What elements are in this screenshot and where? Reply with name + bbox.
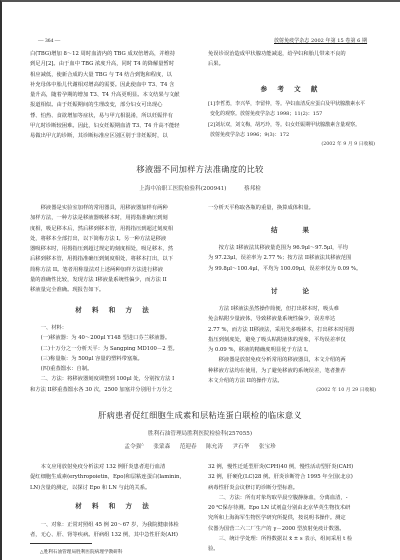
references-heading: 参 考 文 献 (208, 84, 374, 93)
text-line: 简称方法 II。笔者用称量法对上述两种加样方法进行移液 (30, 265, 198, 275)
article1-intro: 移液器是实验室加样的常用器具，用移液器加样有两种 加样方法，一种方法是移液器吸移… (30, 203, 198, 296)
text-line: 验。 (208, 544, 378, 554)
author-list: 孟令强△ 张蒙森 范迎春 陈允涛 尹石华 张宝珍 (0, 442, 400, 450)
text-line: 本文应用放射免疫分析法对 132 例肝炎患者进行血清 (30, 462, 198, 472)
article1-right-top: 一分析天平称取各瓶的重量，换算成体积量。 (208, 203, 376, 213)
article1-discussion: 方法 I移液法虽然操作简便，但打出移本时，吸头难 免会粘附少量液体，导致移液量系… (208, 304, 378, 386)
text-line: 度相，吸足移本后，然后移到移本管，用拇指压到超过刻度相 (30, 224, 198, 234)
text-line: 32 例，慢性迁延型肝炎(CPH)40 例，慢性活动型肝炎(CAH) (208, 462, 378, 472)
text-line: LN)含量的测定，以探讨 Epo 和 LN 与此的关系。 (30, 483, 198, 493)
text-line: 方法 I移液法虽然操作简便，但打出移本时，吸头难 (208, 304, 378, 314)
footnote: △胜利石油管理局胜利医院病理学教研科 (40, 549, 123, 556)
text-line: (一)移液器：为 40～200μl Y148 型进口芬兰移液器。 (30, 333, 200, 343)
article-title: 移液器不同加样方法准确度的比较 (0, 164, 400, 175)
text-line: 促红细胞生成素(erythropoietin，Epo)和层粘连蛋白(lamini… (30, 472, 198, 482)
text-line: 二、方法：所有对象均取早晨空腹静脉血，分离血清，- (208, 493, 378, 503)
author: 张宝珍 (259, 444, 276, 450)
author: 蔡邦检 (244, 186, 261, 192)
text-line: 三、统计学处理：所得数据以 x̄ ± s 表示，组间采用 t 检 (208, 534, 378, 544)
text-line: 免会粘附少量液体，导致移液量系统性偏少，误差率达 (208, 314, 378, 324)
author: 尹石华 (232, 444, 249, 450)
text-line: 为 97.23μl，误差率为 2.77 %；按方法 II移液法其移液范围 (208, 253, 378, 263)
article2-methods-right: 32 例，慢性迁延型肝炎(CPH)40 例，慢性活动型肝炎(CAH) 32 例，… (208, 462, 378, 555)
author: 张蒙森 (153, 444, 170, 450)
text-line: 为 0.09 %，移液的精确度明显优于方法 I。 (208, 345, 378, 355)
affiliation: 上海中冶职工医院检验科(200941) (139, 186, 226, 192)
text-line: 移液器是放射免疫分析常用的移液器具，本文介绍的两 (208, 355, 378, 365)
received-date: (2002 年 10 月 29 日收稿) (280, 386, 376, 393)
prev-article-right-column: 免误诊误治造成甲状腺功能减退，给孕妇和胎儿带来不良的 后果。 (208, 49, 374, 70)
article1-results: 按方法 I移液法其移液量范围为 96.9μl～97.5μl，平均 为 97.23… (208, 243, 378, 274)
page-number: — 364 — (38, 36, 60, 46)
text-line: 量的准确性比较，发现方法 I移液量系统性偏少，而方法 II (30, 275, 198, 285)
text-line: 处，将移本全部打出，以下简称方法 I。另一种方法是移液 (30, 234, 198, 244)
text-line: 2.77 %，而方法 II移液法，采用先多吸移本，打出移本时用拇 (208, 325, 378, 335)
reference-item: [1]李哲勇，李兴华，李留仲，等。孕妇血清反应蛋白及甲状腺激素水平 (208, 99, 378, 109)
text-line: 量升高，随着孕期的增加 T3、T4 升高更明显。本文结果与文献 (30, 90, 196, 100)
text-line: 究所和上海海军生物医学研究所提供，按说明书操作。测定 (208, 513, 378, 523)
text-line: 和方法 II移重蒸馏水各 30 次，2500 加塞并分别用十万分之 (30, 385, 200, 395)
discussion-heading: 讨 论 (208, 286, 376, 295)
running-head: 放射免疫学杂志 2002 年第 15 卷第 6 期 (274, 36, 367, 46)
text-line: 按方法 I移液法其移液量范围为 96.9μl～97.5μl，平均 (208, 243, 378, 253)
text-line: (三)称量瓶：为 500μl 容量的塑料带塞瓶。 (30, 354, 200, 364)
text-line: 到足月[2]。由于血中 TBG 浓度升高，同时 T4 的降解量暂时 (30, 59, 196, 69)
text-line: 报道相似。由于妊娠期间的生理改变，部分妇女可出现心 (30, 100, 196, 110)
text-line: 一、对象：正常对照组 45 例 20～67 岁，为我院健康体检 (30, 520, 198, 530)
text-line: 一、材料： (30, 323, 200, 333)
article2-methods-left: 一、对象：正常对照组 45 例 20～67 岁，为我院健康体检 者，无心、肝、肾… (30, 520, 198, 541)
methods-heading: 材 料 和 方 法 (30, 305, 198, 314)
text-line: 指压到刻度处，避免了吸头粘附液体的现象，平均误差率仅 (208, 335, 378, 345)
affiliation: 胜利石油管理局胜利医院检验科(257055) (0, 429, 400, 437)
text-line: 免误诊误治造成甲状腺功能减退，给孕妇和胎儿带来不良的 (208, 49, 374, 59)
text-line: 为 99.8μl～100.4μl，平均为 100.09μl，误差率仅为 0.09… (208, 264, 378, 274)
text-line: 病毒性肝炎会议修订的诊断分型标准。 (208, 483, 378, 493)
text-line: 移液器是实验室加样的常用器具，用移液器加样有两种 (30, 203, 198, 213)
text-line: 后移到移本管，用拇指准确压到刻度相处，将移本打出，以下 (30, 254, 198, 264)
text-line: 后果。 (208, 59, 374, 69)
article-byline: 上海中冶职工医院检验科(200941) 蔡邦检 (0, 184, 400, 192)
methods-heading: 材 料 和 方 法 (30, 501, 198, 510)
reference-item: [2]刘坛双，刘文梅，胡巧玲，等。妇女妊娠期甲状腺激素含量观察。 (208, 120, 378, 130)
article2-abstract: 本文应用放射免疫分析法对 132 例肝炎患者进行血清 促红细胞生成素(eryth… (30, 462, 198, 493)
text-line: (四)重蒸馏水：自制。 (30, 364, 200, 374)
text-line: 器吸移本时，用拇指压到超过规定的刻度相处，吸足移本，然 (30, 244, 198, 254)
text-line: 补充母体中胎儿代谢相对增高的需要。因此使血中 T3、T4 含 (30, 80, 196, 90)
text-line: 白(TBG)增加 8～12 周时血清内的 TBG 成双倍增高，并维持 (30, 49, 196, 59)
text-line: 移液量完全准确。现报告如下。 (30, 285, 198, 295)
text-line: 悸、怕热、食欲增加等症状，易与甲亢相混淆，所以妊娠伴有 (30, 111, 196, 121)
author: 陈允涛 (206, 444, 223, 450)
text-line: 仪器为国营二六二厂生产的 γ－2000 型放射免疫计数器。 (208, 524, 378, 534)
text-line: 20 ℃保存待测。Epo LN 试剂盒分别由北京华英生物技术研 (208, 503, 378, 513)
author: 孟令强 (124, 444, 141, 450)
references-list: [1]李哲勇，李兴华，李留仲，等。孕妇血清反应蛋白及甲状腺激素水平 变化的观察。… (208, 99, 378, 140)
results-heading: 结 果 (208, 225, 376, 234)
text-line: 一分析天平称取各瓶的重量，换算成体积量。 (208, 203, 376, 213)
footnote-divider (30, 543, 92, 544)
article1-methods: 一、材料： (一)移液器：为 40～200μl Y148 型进口芬兰移液器。 (… (30, 323, 200, 395)
prev-article-left-column: 白(TBG)增加 8～12 周时血清内的 TBG 成双倍增高，并维持 到足月[2… (30, 49, 196, 142)
text-line: 者，无心、肝、肾等疾病。肝病组 132 例，其中急性肝炎(AH) (30, 530, 198, 540)
text-line: 甲亢时诊断较困难。因此，妇女妊娠期血清 T3、T4 升高不能轻 (30, 121, 196, 131)
text-line: 32 例，肝硬化(LC)28 例。肝炎诊断符合 1995 年全国(北京) (208, 472, 378, 482)
author-mark: △ (141, 442, 144, 446)
article-title: 肝病患者促红细胞生成素和层粘连蛋白联检的临床意义 (0, 410, 400, 421)
text-line: 加样方法，一种方法是移液器吸移本时，用拇指准确压到刻 (30, 213, 198, 223)
text-line: (二)十万分之一分析天平：为 Sangping MD100－2 型。 (30, 344, 200, 354)
text-line: 易做出甲亢的诊断，其诊断标准应区别区别于非妊娠时，以 (30, 131, 196, 141)
reference-item: 变化的观察。放射免疫学杂志 1998；11(2)：157 (208, 109, 378, 119)
text-line: 相应减低，使新合成的大量 TBG 与 T4 结合到饱和程度，以 (30, 70, 196, 80)
reference-item: 放射免疫学杂志 1996；9(3)：172 (208, 130, 378, 140)
text-line: 种移液方法均在使用，为了避免移液的系统误差，笔者推荐 (208, 366, 378, 376)
text-line: 二、方法：将移液器刻度调整到 100μl 处，分别按方法 I (30, 374, 200, 384)
received-date: (2002 年 9 月 9 日收稿) (280, 140, 375, 147)
author: 范迎春 (180, 444, 197, 450)
text-line: 本文介绍的方法 II的操作方法。 (208, 376, 378, 386)
